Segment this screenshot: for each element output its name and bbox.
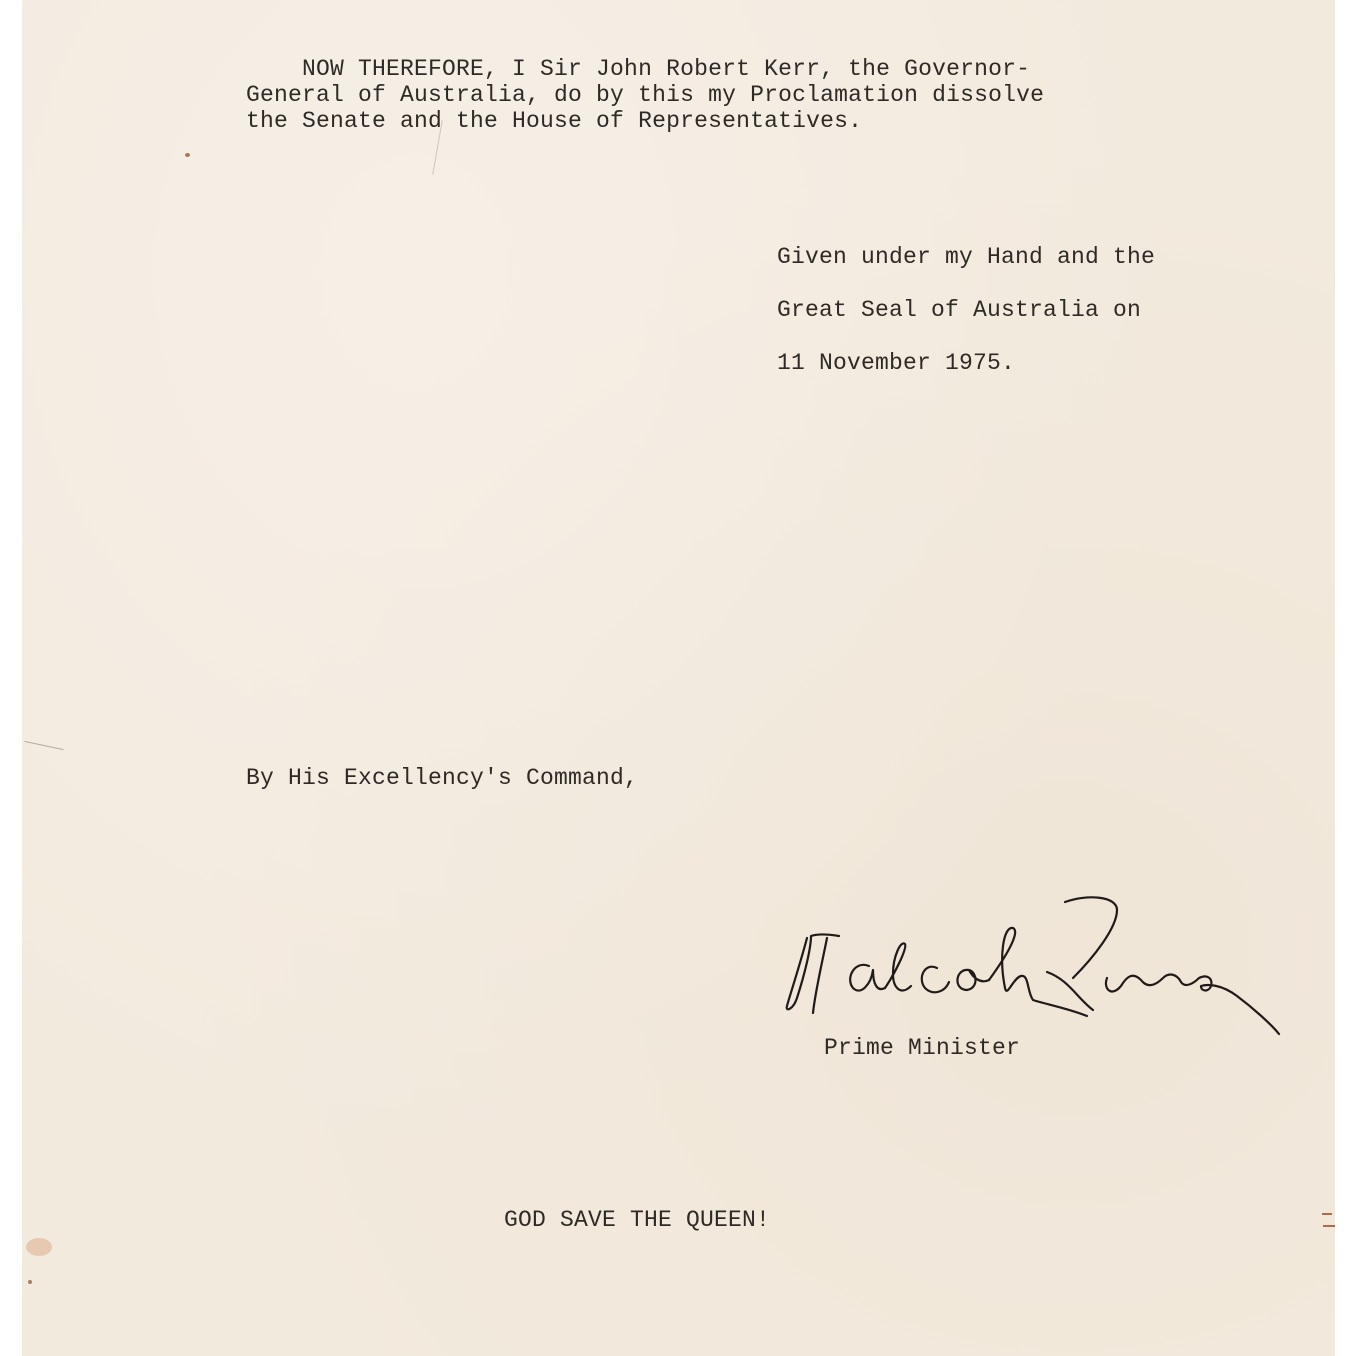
signature	[777, 888, 1297, 1048]
paragraph-line-3: the Senate and the House of Representati…	[246, 108, 1044, 134]
rust-stain-left	[26, 1238, 52, 1256]
rust-mark-right-1	[1322, 1213, 1332, 1215]
given-line-1: Given under my Hand and the	[777, 231, 1155, 284]
tear-crease-left	[24, 741, 63, 750]
proclamation-page: NOW THEREFORE, I Sir John Robert Kerr, t…	[22, 0, 1335, 1356]
paragraph-line-1: NOW THEREFORE, I Sir John Robert Kerr, t…	[246, 56, 1044, 82]
closing-line: GOD SAVE THE QUEEN!	[504, 1207, 770, 1233]
proclamation-paragraph: NOW THEREFORE, I Sir John Robert Kerr, t…	[246, 56, 1044, 134]
rust-speck-top	[185, 153, 190, 157]
given-date-line: 11 November 1975.	[777, 337, 1155, 390]
rust-mark-right-2	[1323, 1225, 1335, 1227]
command-line: By His Excellency's Command,	[246, 765, 638, 791]
given-under-hand-block: Given under my Hand and theGreat Seal of…	[777, 231, 1155, 390]
signatory-title: Prime Minister	[824, 1035, 1020, 1061]
paragraph-line-2: General of Australia, do by this my Proc…	[246, 82, 1044, 108]
rust-speck-left	[28, 1280, 32, 1284]
given-line-2: Great Seal of Australia on	[777, 284, 1155, 337]
